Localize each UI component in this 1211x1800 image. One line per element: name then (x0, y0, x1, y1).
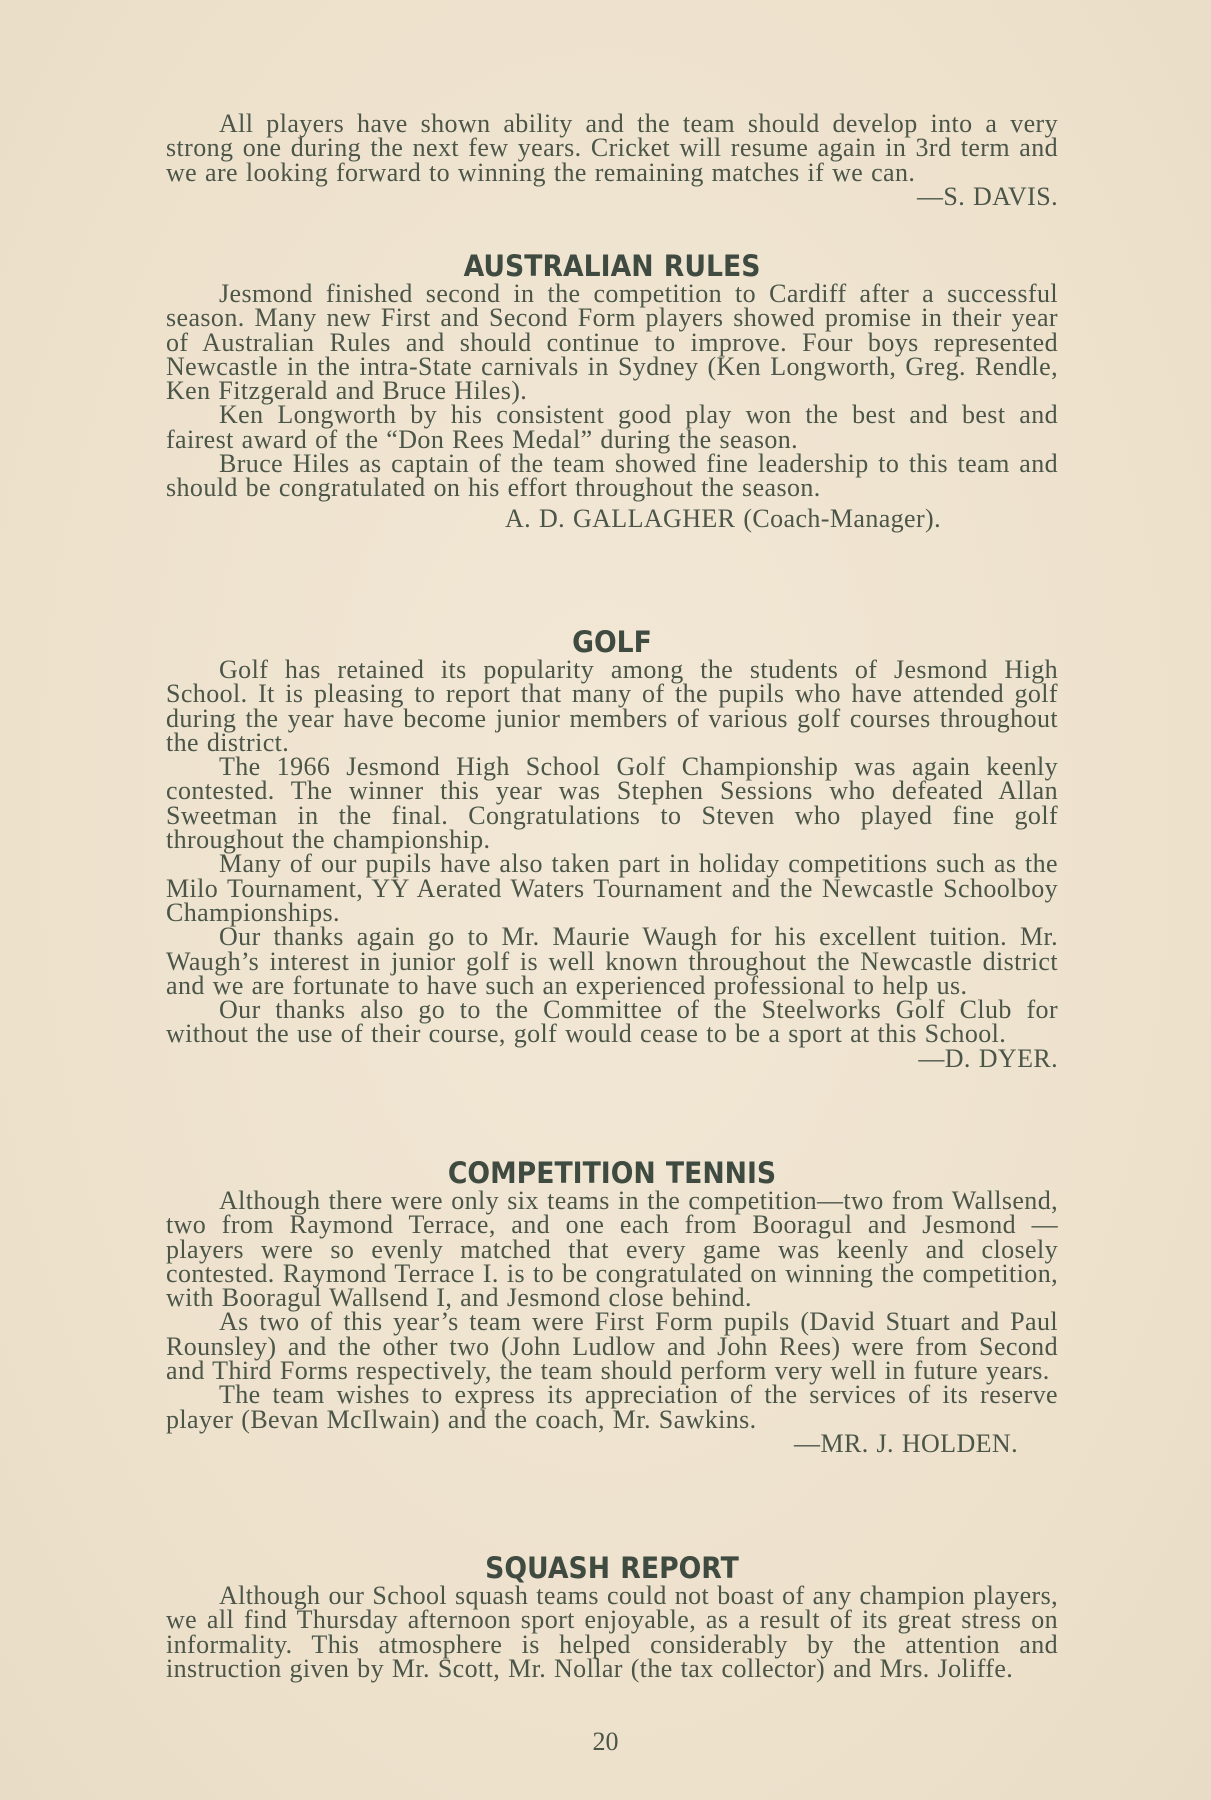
golf-paragraph: Our thanks again go to Mr. Maurie Waugh … (166, 925, 1058, 998)
golf-signature: —D. DYER. (865, 1047, 1058, 1071)
competition-tennis-paragraph: As two of this year’s team were First Fo… (166, 1310, 1058, 1383)
competition-tennis-paragraph: Although there were only six teams in th… (166, 1189, 1058, 1310)
competition-tennis-signature: —MR. J. HOLDEN. (166, 1432, 1058, 1456)
document-page: All players have shown ability and the t… (0, 0, 1211, 1800)
golf-paragraph: Golf has retained its popularity among t… (166, 658, 1058, 755)
competition-tennis-paragraph: The team wishes to express its appreciat… (166, 1383, 1058, 1432)
golf-paragraph: Many of our pupils have also taken part … (166, 852, 1058, 925)
squash-report-heading: SQUASH REPORT (202, 1552, 1023, 1584)
golf-paragraph: The 1966 Jesmond High School Golf Champi… (166, 755, 1058, 852)
cricket-paragraph-text: All players have shown ability and the t… (166, 109, 1058, 187)
australian-rules-paragraph: Ken Longworth by his consistent good pla… (166, 403, 1058, 452)
cricket-paragraph: All players have shown ability and the t… (166, 112, 1058, 185)
australian-rules-paragraph: Jesmond finished second in the competiti… (166, 282, 1058, 403)
golf-paragraph: Our thanks also go to the Committee of t… (166, 998, 1058, 1047)
squash-report-section: SQUASH REPORT Although our School squash… (166, 1552, 1058, 1681)
page-number: 20 (0, 1727, 1211, 1757)
golf-paragraph-text: Our thanks also go to the Committee of t… (166, 995, 1058, 1048)
australian-rules-heading: AUSTRALIAN RULES (202, 250, 1023, 282)
australian-rules-signature: A. D. GALLAGHER (Coach-Manager). (166, 507, 1058, 531)
cricket-signature: —S. DAVIS. (864, 185, 1058, 209)
australian-rules-paragraph: Bruce Hiles as captain of the team showe… (166, 452, 1058, 501)
competition-tennis-section: COMPETITION TENNIS Although there were o… (166, 1157, 1058, 1456)
competition-tennis-heading: COMPETITION TENNIS (202, 1157, 1023, 1189)
golf-heading: GOLF (202, 626, 1023, 658)
squash-report-paragraph: Although our School squash teams could n… (166, 1584, 1058, 1681)
australian-rules-section: AUSTRALIAN RULES Jesmond finished second… (166, 250, 1058, 531)
cricket-report-end: All players have shown ability and the t… (166, 112, 1058, 209)
golf-section: GOLF Golf has retained its popularity am… (166, 626, 1058, 1071)
